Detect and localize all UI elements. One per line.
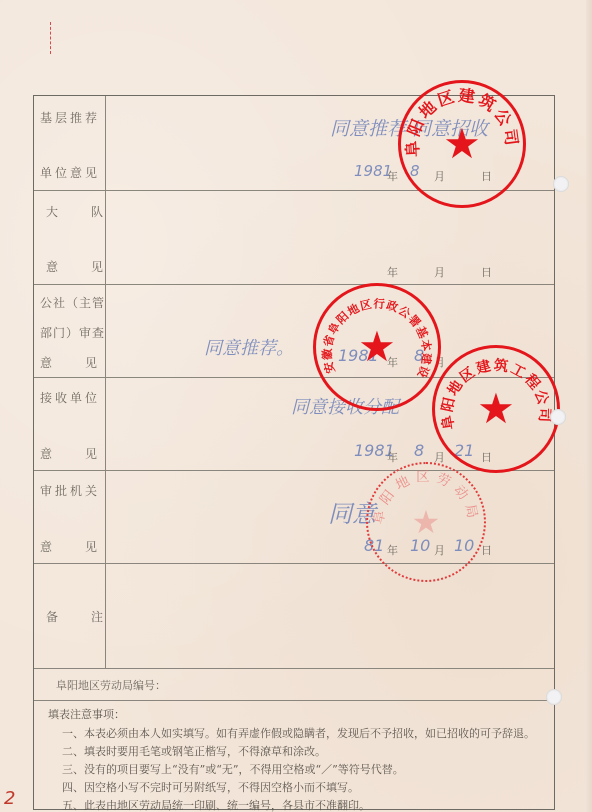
instruction-item: 四、因空格小写不完时可另附纸写，不得因空格小而不填写。 bbox=[62, 779, 359, 797]
svg-text:安徽省阜阳地区行政公署基本建设局: 安徽省阜阳地区行政公署基本建设局 bbox=[316, 286, 434, 381]
registry-number-row: 阜阳地区劳动局编号： bbox=[34, 668, 554, 701]
label-cell: 大 队 意 见 bbox=[34, 190, 106, 284]
row-label-line: 单位意见 bbox=[40, 164, 99, 181]
row-label-line: 意 见 bbox=[40, 538, 99, 555]
punch-hole bbox=[550, 409, 566, 425]
page-number: 2 bbox=[4, 788, 15, 809]
opinion-field[interactable]: 同意 81 年 10 月 10 日 bbox=[106, 470, 554, 563]
svg-text:阜阳地区建筑公司: 阜阳地区建筑公司 bbox=[403, 86, 522, 158]
seal-construction-engineering-company: 阜阳地区建筑工程公司 ★ bbox=[432, 345, 560, 473]
seal-construction-company: 阜阳地区建筑公司 ★ bbox=[398, 80, 526, 208]
label-cell: 审批机关 意 见 bbox=[34, 470, 106, 563]
seal-ring-text: 阜阳地区建筑工程公司 bbox=[435, 348, 557, 470]
seal-labor-bureau: 阜阳地区劳动局 ★ bbox=[366, 462, 486, 582]
row-label-line: 备 注 bbox=[46, 608, 99, 625]
handwritten-opinion: 同意推荐。 bbox=[204, 334, 294, 360]
punch-hole bbox=[553, 176, 569, 192]
registry-number-field[interactable] bbox=[174, 672, 534, 694]
year-label: 年 bbox=[387, 264, 398, 280]
day-label: 日 bbox=[481, 264, 492, 280]
year-label: 年 bbox=[387, 449, 398, 465]
label-cell: 备 注 bbox=[34, 563, 106, 668]
filling-instructions: 填表注意事项： 一、本表必须由本人如实填写。如有弄虚作假或隐瞒者，发现后不予招收… bbox=[34, 700, 554, 809]
svg-text:阜阳地区建筑工程公司: 阜阳地区建筑工程公司 bbox=[438, 356, 555, 431]
label-cell: 基层推荐 单位意见 bbox=[34, 96, 106, 190]
instruction-item: 二、填表时要用毛笔或钢笔正楷写，不得潦草和涂改。 bbox=[62, 743, 326, 761]
row-label-line: 基层推荐 bbox=[40, 109, 99, 126]
instructions-title: 填表注意事项： bbox=[48, 706, 125, 724]
row-label-line: 大 队 bbox=[46, 203, 99, 220]
instruction-item: 一、本表必须由本人如实填写。如有弄虚作假或隐瞒者，发现后不予招收，如已招收的可予… bbox=[62, 725, 535, 743]
seal-ring-text: 安徽省阜阳地区行政公署基本建设局 bbox=[316, 286, 438, 408]
seal-ring-text: 阜阳地区建筑公司 bbox=[401, 83, 523, 205]
year-label: 年 bbox=[387, 168, 398, 184]
row-label-line: 意 见 bbox=[40, 445, 99, 462]
instruction-item: 五、此表由地区劳动局统一印刷、统一编号，各县市不准翻印。 bbox=[62, 797, 370, 812]
star-icon: ★ bbox=[412, 506, 441, 538]
remarks-field[interactable] bbox=[106, 563, 554, 668]
row-label-line: 部门）审查 bbox=[40, 324, 99, 341]
row-label-line: 接收单位 bbox=[40, 389, 99, 406]
paper-edge bbox=[586, 0, 592, 812]
row-label-line: 公社（主管 bbox=[40, 294, 99, 311]
registry-number-label: 阜阳地区劳动局编号： bbox=[56, 677, 166, 693]
punch-hole bbox=[546, 689, 562, 705]
label-cell: 接收单位 意 见 bbox=[34, 377, 106, 470]
seal-administrative-office: 安徽省阜阳地区行政公署基本建设局 ★ bbox=[313, 283, 441, 411]
instruction-item: 三、没有的项目要写上“没有”或“无”，不得用空格或“／”等符号代替。 bbox=[62, 761, 404, 779]
month-label: 月 bbox=[434, 264, 445, 280]
row-label-line: 审批机关 bbox=[40, 482, 99, 499]
binding-mark bbox=[50, 22, 53, 54]
date-month-value: 8 bbox=[414, 441, 424, 460]
label-cell: 公社（主管 部门）审查 意 见 bbox=[34, 284, 106, 377]
row-label-line: 意 见 bbox=[40, 354, 99, 371]
row-label-line: 意 见 bbox=[46, 258, 99, 275]
